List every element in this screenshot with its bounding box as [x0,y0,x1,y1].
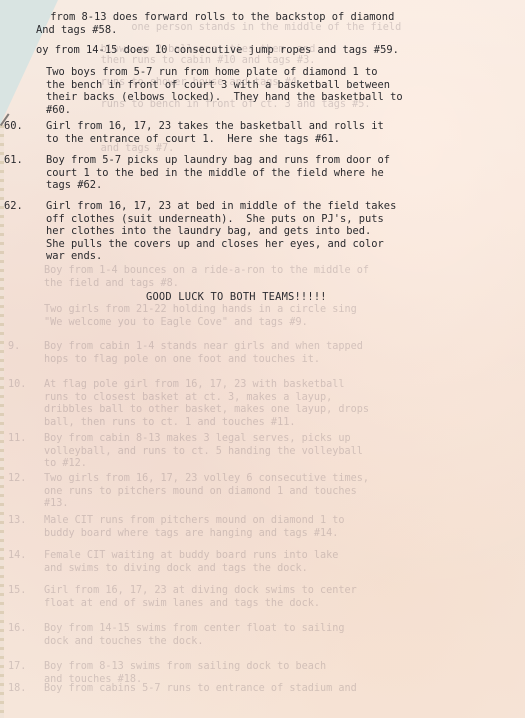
bleed-line: dribbles ball to other basket, makes one… [44,404,369,417]
bleed-line: At flag pole girl from 16, 17, 23 with b… [44,379,345,392]
item-line: oy from 14-15 does 10 consecutive jump r… [36,44,399,57]
bleed-line: Two girls from 16, 17, 23 volley 6 conse… [44,473,369,486]
bleed-item-number: 13. [8,515,26,528]
bleed-item-number: 14. [8,550,26,563]
bleed-line: Boy from cabins 5-7 runs to entrance of … [44,683,357,696]
bleed-item-number: 11. [8,433,26,446]
bleed-line: one runs to pitchers mound on diamond 1 … [44,486,357,499]
item-line: to the entrance of court 1. Here she tag… [46,133,340,146]
item-line: off clothes (suit underneath). She puts … [46,213,384,226]
item-number: 61. [4,154,23,167]
bleed-line: Boy from cabin 1-4 stands near girls and… [44,341,363,354]
bleed-item-number: 10. [8,379,26,392]
item-line: tags #62. [46,179,102,192]
item-line: #60. [46,104,71,117]
item-line: from 8-13 does forward rolls to the back… [44,11,394,24]
bleed-line: ball, then runs to ct. 1 and touches #11… [44,417,295,430]
bleed-item-number: 15. [8,585,26,598]
bleed-line: Boy from cabin 8-13 makes 3 legal serves… [44,433,351,446]
bleed-line: and swims to diving dock and tags the do… [44,563,308,576]
bleed-line: one person stands in the middle of the f… [70,22,401,35]
bleed-line: Male CIT runs from pitchers mound on dia… [44,515,345,528]
item-line: their backs (elbows locked). They hand t… [46,91,403,104]
item-line: Two boys from 5-7 run from home plate of… [46,66,378,79]
bleed-line: to #12. [44,458,87,471]
item-line: the bench in front of court 3 with a bas… [46,79,390,92]
bleed-item-number: 18. [8,683,26,696]
bleed-line: Female CIT waiting at buddy board runs i… [44,550,338,563]
bleed-line: Boy from 8-13 swims from sailing dock to… [44,661,326,674]
bleed-item-number: 9. [8,341,20,354]
bleed-line: the field and tags #8. [44,278,179,291]
item-line: And tags #58. [36,24,117,37]
item-line: Boy from 5-7 picks up laundry bag and ru… [46,154,390,167]
bleed-line: #13. [44,498,69,511]
bleed-item-number: 17. [8,661,26,674]
bleed-line: "We welcome you to Eagle Cove" and tags … [44,317,308,330]
paper-left-edge [0,125,4,718]
bleed-line: Boy from 1-4 bounces on a ride-a-ron to … [44,265,369,278]
bleed-line: hops to flag pole on one foot and touche… [44,354,320,367]
closing-message: GOOD LUCK TO BOTH TEAMS!!!!! [146,291,327,303]
bleed-line: runs to closest basket at ct. 3, makes a… [44,392,332,405]
item-line: court 1 to the bed in the middle of the … [46,167,384,180]
bleed-item-number: 12. [8,473,26,486]
bleed-line: volleyball, and runs to ct. 5 handing th… [44,446,363,459]
item-line: Girl from 16, 17, 23 at bed in middle of… [46,200,396,213]
bleed-line: dock and touches the dock. [44,636,203,649]
bleed-line: float at end of swim lanes and tags the … [44,598,320,611]
bleed-item-number: 16. [8,623,26,636]
bleed-line: Two girls from 21-22 holding hands in a … [44,304,357,317]
bleed-line: Boy from 14-15 swims from center float t… [44,623,345,636]
item-number: 62. [4,200,23,213]
bleed-line: buddy board where tags are hanging and t… [44,528,338,541]
item-line: She pulls the covers up and closes her e… [46,238,384,251]
item-line: Girl from 16, 17, 23 takes the basketbal… [46,120,384,133]
bleed-line: Girl from 16, 17, 23 at diving dock swim… [44,585,357,598]
item-line: her clothes into the laundry bag, and ge… [46,225,371,238]
item-line: war ends. [46,250,102,263]
